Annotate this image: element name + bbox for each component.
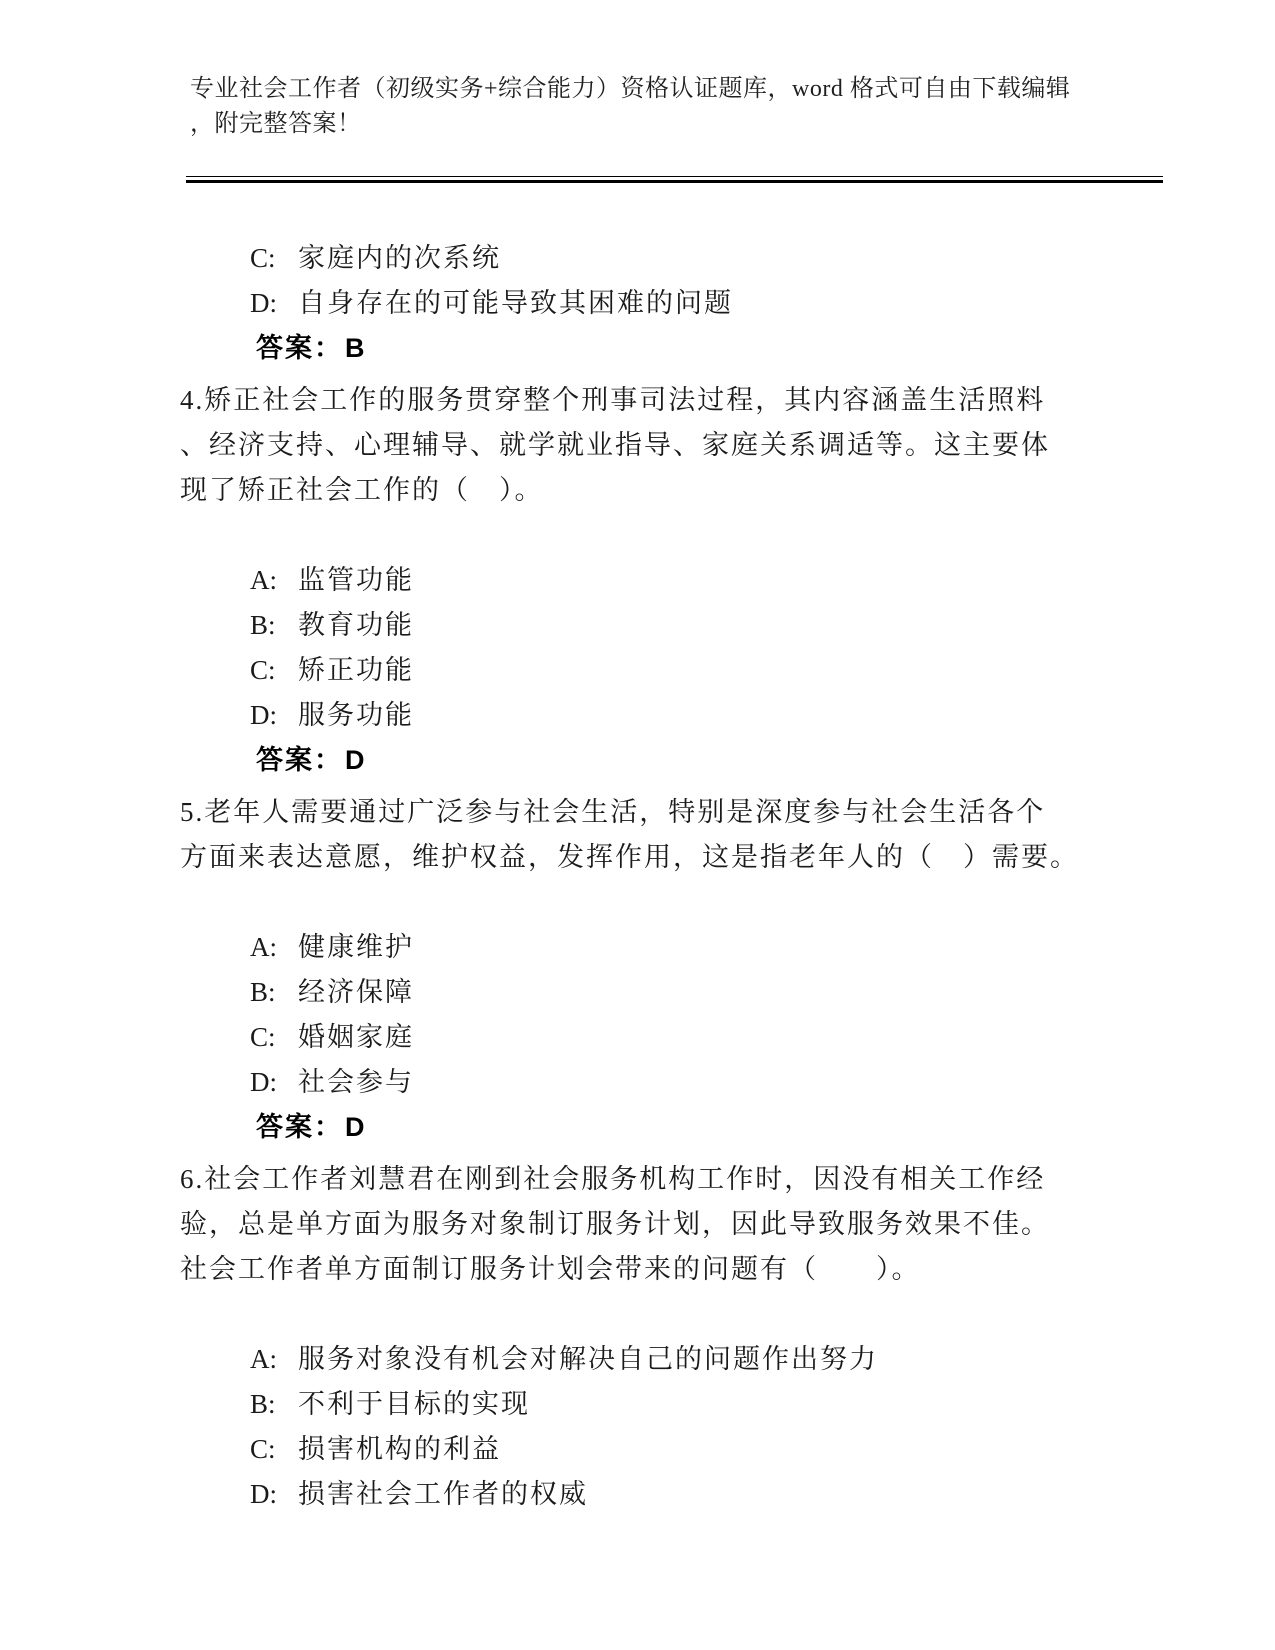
question-block-5: 5.老年人需要通过广泛参与社会生活，特别是深度参与社会生活各个 方面来表达意愿，…	[180, 790, 1130, 1105]
option-text: 损害社会工作者的权威	[298, 1479, 588, 1509]
option-label: A:	[250, 925, 298, 970]
option-text: 家庭内的次系统	[298, 243, 501, 273]
option-text: 经济保障	[298, 977, 414, 1007]
question-block-4: 4.矫正社会工作的服务贯穿整个刑事司法过程，其内容涵盖生活照料 、经济支持、心理…	[180, 378, 1130, 738]
option-text: 服务功能	[298, 700, 414, 730]
question-text-line: 4.矫正社会工作的服务贯穿整个刑事司法过程，其内容涵盖生活照料	[180, 378, 1130, 423]
document-header: 专业社会工作者（初级实务+综合能力）资格认证题库，word 格式可自由下载编辑 …	[190, 72, 1110, 142]
header-title-line-2: ，附完整答案！	[190, 107, 1110, 142]
option-text: 健康维护	[298, 932, 414, 962]
option-label: B:	[250, 1382, 298, 1427]
answer-label: 答案：	[256, 1112, 343, 1142]
option-text: 监管功能	[298, 565, 414, 595]
option-row: A:服务对象没有机会对解决自己的问题作出努力	[180, 1292, 1130, 1337]
option-label: D:	[250, 1472, 298, 1517]
answer-value: D	[343, 745, 367, 775]
option-label: D:	[250, 1060, 298, 1105]
document-page: 专业社会工作者（初级实务+综合能力）资格认证题库，word 格式可自由下载编辑 …	[0, 0, 1275, 1650]
option-text: 损害机构的利益	[298, 1434, 501, 1464]
answer-label: 答案：	[256, 745, 343, 775]
option-label: A:	[250, 558, 298, 603]
answer-value: D	[343, 1112, 367, 1142]
option-row: A:监管功能	[180, 513, 1130, 558]
answer-value: B	[343, 333, 367, 363]
option-text: 矫正功能	[298, 655, 414, 685]
option-row: C:家庭内的次系统	[180, 191, 1130, 236]
question-text-line: 、经济支持、心理辅导、就学就业指导、家庭关系调适等。这主要体	[180, 423, 1130, 468]
option-text: 婚姻家庭	[298, 1022, 414, 1052]
option-text: 自身存在的可能导致其困难的问题	[298, 288, 733, 318]
question-text-line: 方面来表达意愿，维护权益，发挥作用，这是指老年人的（ ）需要。	[180, 835, 1130, 880]
header-title-line-1: 专业社会工作者（初级实务+综合能力）资格认证题库，word 格式可自由下载编辑	[190, 72, 1110, 107]
option-text: 服务对象没有机会对解决自己的问题作出努力	[298, 1344, 878, 1374]
option-label: C:	[250, 1427, 298, 1472]
question-text-line: 现了矫正社会工作的（ ）。	[180, 468, 1130, 513]
header-divider-rule	[186, 176, 1163, 183]
question-block-3-partial: C:家庭内的次系统 D:自身存在的可能导致其困难的问题 答案：B	[180, 191, 1130, 326]
question-text-line: 社会工作者单方面制订服务计划会带来的问题有（ ）。	[180, 1247, 1130, 1292]
option-text: 社会参与	[298, 1067, 414, 1097]
option-label: C:	[250, 1015, 298, 1060]
option-label: C:	[250, 236, 298, 281]
answer-label: 答案：	[256, 333, 343, 363]
option-label: B:	[250, 970, 298, 1015]
question-text-line: 验，总是单方面为服务对象制订服务计划，因此导致服务效果不佳。	[180, 1202, 1130, 1247]
option-label: D:	[250, 693, 298, 738]
document-body: C:家庭内的次系统 D:自身存在的可能导致其困难的问题 答案：B 4.矫正社会工…	[180, 191, 1130, 1472]
option-text: 教育功能	[298, 610, 414, 640]
question-text-line: 5.老年人需要通过广泛参与社会生活，特别是深度参与社会生活各个	[180, 790, 1130, 835]
option-label: D:	[250, 281, 298, 326]
option-row: A:健康维护	[180, 880, 1130, 925]
option-label: A:	[250, 1337, 298, 1382]
question-block-6: 6.社会工作者刘慧君在刚到社会服务机构工作时，因没有相关工作经 验，总是单方面为…	[180, 1157, 1130, 1472]
option-label: C:	[250, 648, 298, 693]
question-text-line: 6.社会工作者刘慧君在刚到社会服务机构工作时，因没有相关工作经	[180, 1157, 1130, 1202]
option-label: B:	[250, 603, 298, 648]
option-text: 不利于目标的实现	[298, 1389, 530, 1419]
